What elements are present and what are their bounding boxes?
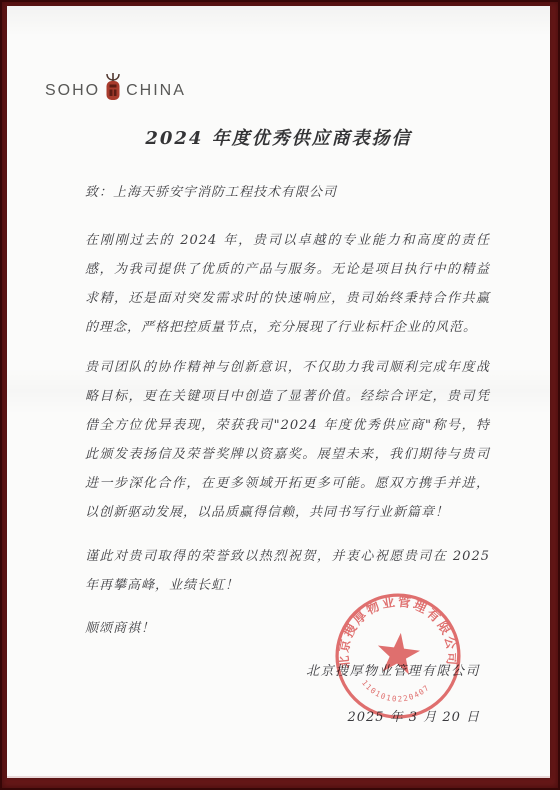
soho-china-logo: SOHO CHINA	[45, 80, 550, 102]
letter-title: 2024 年度优秀供应商表扬信	[7, 124, 550, 150]
recipient-line: 致：上海天骄安宇消防工程技术有限公司	[85, 178, 490, 207]
body-paragraph-3: 谨此对贵司取得的荣誉致以热烈祝贺，并衷心祝愿贵司在 2025 年再攀高峰，业绩长…	[85, 542, 490, 600]
signature-date: 2025 年 3 月 20 日	[85, 703, 480, 732]
letter-body: 致：上海天骄安宇消防工程技术有限公司 在刚刚过去的 2024 年，贵司以卓越的专…	[85, 178, 490, 732]
body-paragraph-2: 贵司团队的协作精神与创新意识，不仅助力我司顺利完成年度战略目标，更在关键项目中创…	[85, 353, 490, 527]
signature-company: 北京搜厚物业管理有限公司	[85, 657, 480, 686]
letter-page: SOHO CHINA 2024 年度优秀供应商表扬信 致：上海天骄安宇消防工程技…	[7, 6, 550, 778]
body-paragraph-1: 在刚刚过去的 2024 年，贵司以卓越的专业能力和高度的责任感，为我司提供了优质…	[85, 226, 490, 342]
soho-seal-icon	[104, 72, 122, 102]
logo-text-china: CHINA	[126, 82, 186, 100]
closing-line: 顺颂商祺！	[85, 614, 490, 643]
logo-text-soho: SOHO	[45, 82, 100, 100]
signature-block: 北京搜厚物业管理有限公司 2025 年 3 月 20 日	[85, 657, 490, 732]
